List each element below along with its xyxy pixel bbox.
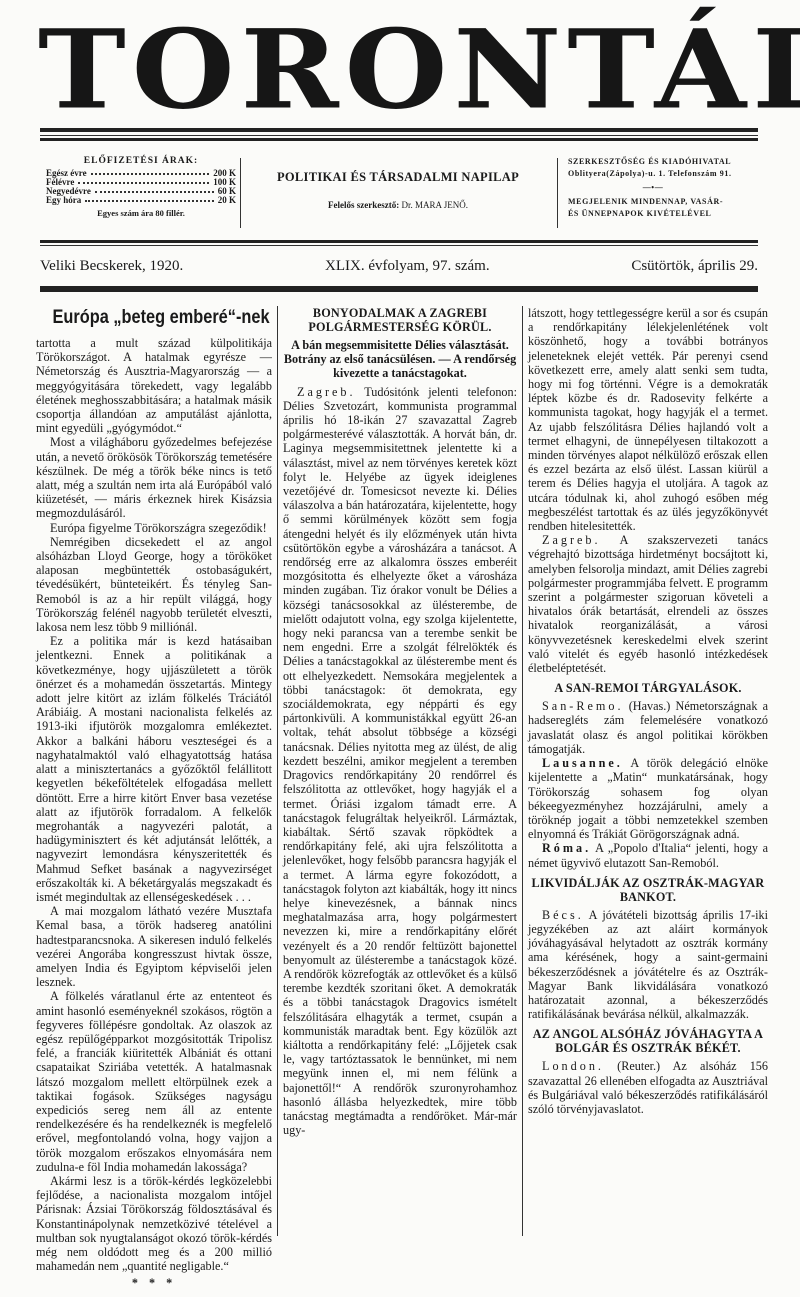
subscription-prices: ELŐFIZETÉSI ÁRAK: Egész évre200 K Félévr… [46, 156, 236, 218]
editor-name: Dr. MARA JENŐ. [401, 200, 468, 210]
price-row: Egész évre200 K [46, 169, 236, 178]
office-line-1: SZERKESZTŐSÉG ÉS KIADÓHIVATAL [568, 156, 768, 168]
article-headline: BONYODALMAK A ZAGREBI POLGÁRMESTERSÉG KÖ… [283, 306, 517, 334]
info-rule [40, 240, 758, 243]
paragraph-text: Tudósitónk jelenti telefonon: Délies Szv… [283, 385, 517, 1138]
info-rule-thin [40, 245, 758, 246]
article-paragraph: tartotta a mult század külpolitikája Tör… [36, 336, 272, 435]
article-subheadline: A bán megsemmisitette Délies választását… [283, 338, 517, 381]
masthead-rule-thin [40, 135, 758, 136]
divider [557, 158, 558, 228]
article-paragraph: London. (Reuter.) Az alsóház 156 szavaza… [528, 1059, 768, 1116]
office-line-4: ÉS ÜNNEPNAPOK KIVÉTELÉVEL [568, 208, 768, 220]
article-paragraph: Nemrégiben dicsekedett el az angol alsóh… [36, 535, 272, 634]
right-column: látszott, hogy tettlegességre kerül a so… [528, 306, 768, 1116]
dateline-word: San-Remo. [542, 699, 624, 713]
office-dash: —•— [568, 182, 738, 194]
article-paragraph: A fölkelés váratlanul érte az ententeot … [36, 989, 272, 1174]
article-headline-sanremo: A SAN-REMOI TÁRGYALÁSOK. [528, 681, 768, 695]
dateline-word: Róma. [542, 841, 591, 855]
article-paragraph: Ez a politika már is kezd hatásaiban jel… [36, 634, 272, 904]
office-info: SZERKESZTŐSÉG ÉS KIADÓHIVATAL Oblityera(… [568, 156, 768, 220]
article-paragraph: Róma. A „Popolo d'Italia“ jelenti, hogy … [528, 841, 768, 869]
end-stars: * * * [36, 1276, 272, 1290]
dateline-word: Zagreb. [542, 533, 601, 547]
masthead-rule-2 [40, 138, 758, 141]
newspaper-title: TORONTÁL [38, 18, 800, 121]
paragraph-text: A szakszervezeti tanács végrehajtó bizot… [528, 533, 768, 675]
dateline-word: Bécs. [542, 908, 584, 922]
dateline-word: Zagreb. [297, 385, 356, 399]
price-label: Egy hóra [46, 196, 81, 205]
article-paragraph: Bécs. A jóvátételi bizottság április 17-… [528, 908, 768, 1022]
paper-subtitle: POLITIKAI ÉS TÁRSADALMI NAPILAP [248, 170, 548, 185]
price-row: Egy hóra20 K [46, 196, 236, 205]
article-paragraph: Európa figyelme Törökországra szegeződik… [36, 521, 272, 535]
volume-issue: XLIX. évfolyam, 97. szám. [325, 258, 490, 275]
article-paragraph: Zagreb. Tudósitónk jelenti telefonon: Dé… [283, 385, 517, 1138]
dateline-word: London. [542, 1059, 604, 1073]
article-headline-bank: LIKVIDÁLJÁK AZ OSZTRÁK-MAGYAR BANKOT. [528, 876, 768, 904]
place-year: Veliki Becskerek, 1920. [40, 258, 183, 275]
article-paragraph: látszott, hogy tettlegességre kerül a so… [528, 306, 768, 533]
article-headline-london: AZ ANGOL ALSÓHÁZ JÓVÁHAGYTA A BOLGÁR ÉS … [528, 1027, 768, 1055]
dateline: Veliki Becskerek, 1920. XLIX. évfolyam, … [40, 258, 758, 275]
article-zagreb: BONYODALMAK A ZAGREBI POLGÁRMESTERSÉG KÖ… [283, 306, 517, 1137]
single-copy-price: Egyes szám ára 80 fillér. [46, 208, 236, 218]
dateline-rule [40, 286, 758, 292]
masthead: TORONTÁL [38, 14, 758, 126]
paragraph-text: A jóvátételi bizottság április 17-iki je… [528, 908, 768, 1021]
info-bar: ELŐFIZETÉSI ÁRAK: Egész évre200 K Félévr… [40, 150, 758, 240]
article-paragraph: San-Remo. (Havas.) Németországnak a hads… [528, 699, 768, 756]
column-divider [522, 306, 523, 1236]
dateline-word: Lausanne. [542, 756, 623, 770]
issue-date: Csütörtök, április 29. [631, 258, 758, 275]
column-divider [277, 306, 278, 1236]
editor-label: Felelős szerkesztő: [328, 200, 399, 210]
editor-line: Felelős szerkesztő: Dr. MARA JENŐ. [248, 200, 548, 210]
price-value: 20 K [218, 196, 236, 205]
divider [240, 158, 241, 228]
office-address: Oblityera(Zápolya)-u. 1. Telefonszám 91. [568, 168, 768, 180]
article-paragraph: Zagreb. A szakszervezeti tanács végrehaj… [528, 533, 768, 675]
office-line-3: MEGJELENIK MINDENNAP, VASÁR- [568, 196, 768, 208]
article-europe: Európa „beteg emberé“-nek tartotta a mul… [36, 306, 272, 1291]
article-paragraph: A mai mozgalom látható vezére Musztafa K… [36, 904, 272, 989]
article-paragraph: Akármi lesz is a török-kérdés legközeleb… [36, 1174, 272, 1273]
subscription-title: ELŐFIZETÉSI ÁRAK: [46, 156, 236, 166]
article-paragraph: Lausanne. A török delegáció elnöke kijel… [528, 756, 768, 841]
masthead-rule [40, 128, 758, 132]
article-headline: Európa „beteg emberé“-nek [53, 306, 256, 330]
article-paragraph: Most a világháboru győzedelmes befejezés… [36, 435, 272, 520]
